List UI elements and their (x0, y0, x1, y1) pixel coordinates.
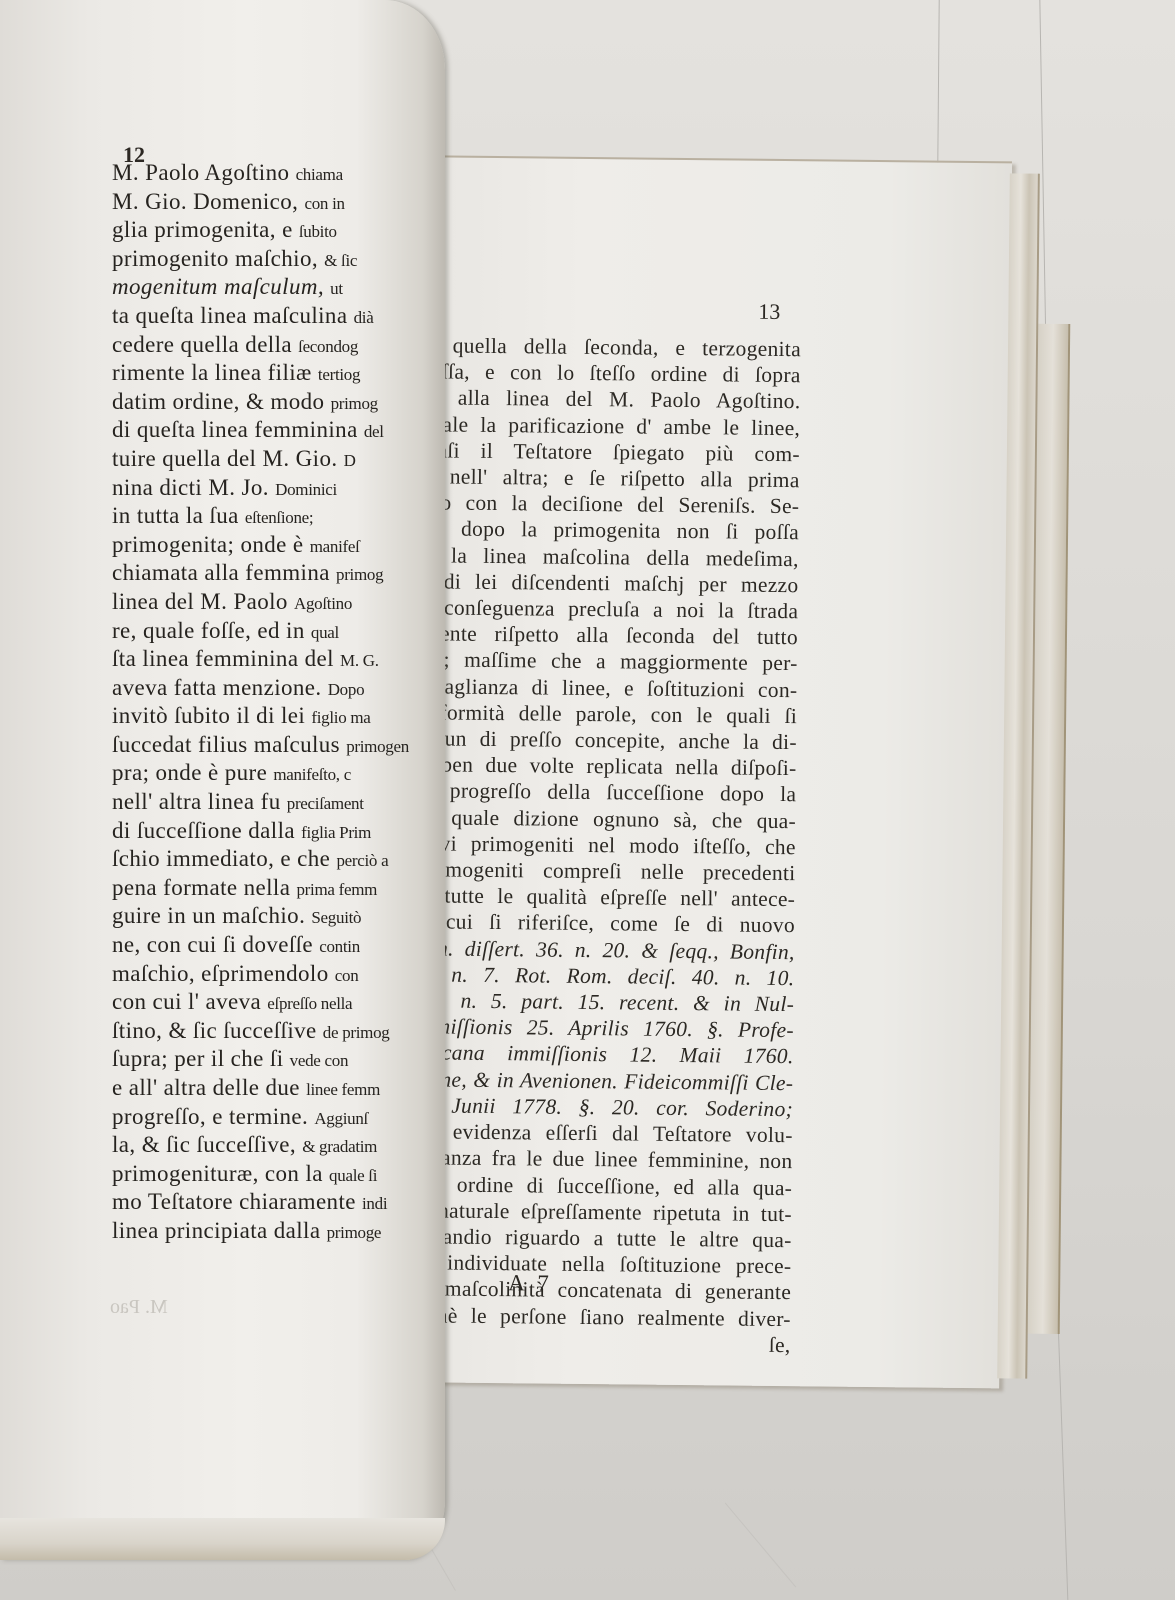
text-line-main: rimente la linea filiæ (112, 360, 318, 385)
text-line: nell' altra linea fu preciſament (112, 789, 432, 818)
text-line: Lucana immiſſionis 12. Maii 1760. (418, 1040, 793, 1070)
text-line-tail: D (344, 451, 356, 470)
text-line-main: ta queſta linea maſculina (112, 303, 354, 328)
text-line-tail: primoge (327, 1223, 382, 1242)
text-line-main: ſchio immediato, e che (112, 846, 336, 871)
text-line-tail: chiama (296, 165, 343, 184)
text-line: ian. diſſert. 36. n. 20. & ſeqq., Bonfin… (420, 935, 795, 965)
text-line-main: progreſſo, e termine. (112, 1104, 314, 1129)
text-line-tail: Aggiunſ (314, 1109, 368, 1128)
text-line-main: ſuccedat filius maſculus (112, 732, 346, 757)
text-line: all' ordine di ſucceſſione, ed alla qua- (417, 1171, 792, 1201)
text-line-tail: primog (336, 565, 383, 584)
text-line-main: pena formate nella (112, 875, 296, 900)
text-line: erale la parificazione d' ambe le linee, (425, 411, 800, 441)
bleed-through-text: M. Pao (110, 1296, 168, 1319)
text-line: rimente la linea filiæ tertiog (112, 360, 432, 389)
text-line: pena formate nella prima femm (112, 875, 432, 904)
text-line-main: mogenitum maſculum, (112, 274, 330, 299)
text-line-main: primogenituræ, con la (112, 1161, 329, 1186)
text-line: ſupra; per il che ſi vede con (112, 1046, 432, 1075)
text-line: tuire quella del M. Gio. D (112, 446, 432, 475)
text-line: linea del M. Paolo Agoſtino (112, 589, 432, 618)
text-line-tail: Dopo (328, 680, 365, 699)
text-line: glia primogenita, e ſubito (112, 217, 432, 246)
text-line: il progreſſo della ſucceſſione dopo la (421, 778, 796, 808)
text-line: 5. Junii 1778. §. 20. cor. Soderino; (418, 1092, 793, 1122)
text-line-tail: primogen (346, 737, 409, 756)
text-line-main: guire in un maſchio. (112, 903, 311, 928)
text-line: n la linea maſcolina della medeſima, (424, 542, 799, 572)
text-line: M. Gio. Domenico, con in (112, 189, 432, 218)
text-line-tail: de primog (323, 1023, 390, 1042)
text-line-tail: perciò a (336, 851, 388, 870)
text-line: in tutta la ſua eſtenſione; (112, 503, 432, 532)
text-line-tail: figlia Prim (301, 823, 371, 842)
text-line: la maſcolinità concatenata di generante (416, 1276, 791, 1306)
text-line-tail: eſpreſſo nella (267, 994, 352, 1013)
text-line-main: ſupra; per il che ſi (112, 1046, 290, 1071)
text-line: nchè le perſone ſiano realmente diver- (416, 1302, 791, 1332)
text-line-main: linea principiata dalla (112, 1218, 327, 1243)
text-line: ad evidenza eſſerſi dal Teſtatore volu- (418, 1118, 793, 1148)
text-line: ato con la deciſione del Sereniſs. Se- (424, 489, 799, 519)
text-line: mente riſpetto alla ſeconda del tutto (423, 621, 798, 651)
right-page: 13 a quella della ſeconda, e terzogenita… (387, 155, 1012, 1388)
text-line-tail: ſubito (299, 222, 337, 241)
text-line-tail: ſecondog (298, 337, 358, 356)
left-page-text: M. Paolo Agoſtino chiamaM. Gio. Domenico… (112, 160, 432, 1247)
text-line-main: aveva fatta menzione. (112, 675, 328, 700)
left-page-bottom-edge (0, 1518, 445, 1560)
text-line: ſchio immediato, e che perciò a (112, 846, 432, 875)
text-line: te individuate nella ſoſtituzione prece- (416, 1249, 791, 1279)
text-line: ta queſta linea maſculina dià (112, 303, 432, 332)
text-line-main: ne, con cui ſi doveſſe (112, 932, 319, 957)
text-line-main: con cui l' aveva (112, 989, 267, 1014)
text-line: ne dopo la primogenita non ſi poſſa (424, 516, 799, 546)
text-line: 4. n. 7. Rot. Rom. deciſ. 40. n. 10. (419, 961, 794, 991)
text-line-main: cedere quella della (112, 332, 298, 357)
text-line: ſuccedat filius maſculus primogen (112, 732, 432, 761)
text-line: primogenituræ, con la quale ſi (112, 1161, 432, 1190)
text-line-main: M. Gio. Domenico, (112, 189, 304, 214)
surface-line (725, 1503, 796, 1588)
text-line: pane, & in Avenionen. Fideicommiſſi Cle- (418, 1066, 793, 1096)
text-line: e naturale eſpreſſamente ripetuta in tut… (417, 1197, 792, 1227)
text-line-main: nell' altra linea fu (112, 789, 287, 814)
text-line: 22. n. 5. part. 15. recent. & in Nul- (419, 987, 794, 1017)
text-line-main: maſchio, eſprimendolo (112, 961, 335, 986)
text-line-tail: con in (304, 194, 344, 213)
text-line: mo Teſtatore chiaramente indi (112, 1189, 432, 1218)
text-line-tail: vede con (290, 1051, 349, 1070)
text-line: di queſta linea femminina del (112, 417, 432, 446)
text-line-main: nina dicti M. Jo. (112, 475, 275, 500)
text-line: e all' altra delle due linee femm (112, 1075, 432, 1104)
text-line-main: primogenita; onde è (112, 532, 310, 557)
text-line: la quale dizione ognuno sà, che qua- (421, 804, 796, 834)
text-line-tail: Dominici (275, 480, 337, 499)
signature-mark: A 7 (508, 1270, 553, 1296)
text-line: guaglianza di linee, e ſoſtituzioni con- (422, 673, 797, 703)
text-line: pra; onde è pure manifeſto, c (112, 760, 432, 789)
text-line: datim ordine, & modo primog (112, 389, 432, 418)
text-line: ſiaſi il Teſtatore ſpiegato più com- (425, 437, 800, 467)
text-line: la, & ſic ſucceſſive, & gradatim (112, 1132, 432, 1161)
text-line: chiamata alla femmina primog (112, 560, 432, 589)
text-line-tail: Seguitò (311, 908, 361, 927)
text-line: ſſivi primogeniti nel modo iſteſſo, che (421, 830, 796, 860)
text-line: r conſeguenza precluſa a noi la ſtrada (423, 594, 798, 624)
text-line-main: ſta linea femminina del (112, 646, 340, 671)
text-line-tail: qual (311, 623, 339, 642)
text-line-tail: contin (319, 937, 360, 956)
text-line: te alla linea del M. Paolo Agoſtino. (425, 385, 800, 415)
surface-line (937, 0, 939, 165)
text-line: M. Paolo Agoſtino chiama (112, 160, 432, 189)
text-line: glianza fra le due linee femminine, non (417, 1145, 792, 1175)
text-line-tail: manifeſto, c (273, 765, 351, 784)
text-line: a cui ſi riferiſce, come ſe di nuovo (420, 909, 795, 939)
text-line: linea principiata dalla primoge (112, 1218, 432, 1247)
text-line: r ben due volte replicata nella diſpoſi- (421, 752, 796, 782)
text-line: maſchio, eſprimendolo con (112, 961, 432, 990)
text-line-main: tuire quella del M. Gio. (112, 446, 344, 471)
text-line-main: primogenito maſchio, (112, 246, 324, 271)
text-line-main: la, & ſic ſucceſſive, (112, 1132, 302, 1157)
text-line-main: M. Paolo Agoſtino (112, 160, 296, 185)
text-line: na; maſſime che a maggiormente per- (423, 647, 798, 677)
text-line-main: glia primogenita, e (112, 217, 299, 242)
text-line-main: invitò ſubito il di lei (112, 703, 311, 728)
text-line-tail: preciſament (287, 794, 364, 813)
text-line-tail: indi (362, 1194, 387, 1213)
text-line: di ſucceſſione dalla figlia Prim (112, 818, 432, 847)
text-line: teſſa, e con lo ſteſſo ordine di ſopra (426, 358, 801, 388)
left-page-curled: 12 M. Paolo Agoſtino chiamaM. Gio. Domen… (0, 0, 445, 1560)
text-line-tail: del (364, 422, 384, 441)
text-line-tail: & ſic (324, 251, 357, 270)
text-line-main: datim ordine, & modo (112, 389, 331, 414)
text-line-tail: figlio ma (311, 708, 370, 727)
text-line-tail: con (335, 966, 359, 985)
text-line-tail: prima femm (296, 880, 377, 899)
text-line: ſta linea femminina del M. G. (112, 646, 432, 675)
text-line-main: re, quale foſſe, ed in (112, 618, 311, 643)
text-line-tail: manifeſ (310, 537, 360, 556)
text-line: invitò ſubito il di lei figlio ma (112, 703, 432, 732)
text-line-tail: tertiog (318, 365, 360, 384)
text-line: ſtino, & ſic ſucceſſive de primog (112, 1018, 432, 1047)
text-line: o tutte le qualità eſpreſſe nell' antece… (420, 883, 795, 913)
text-line: mmiſſionis 25. Aprilis 1760. §. Profe- (419, 1014, 794, 1044)
text-line: ſe, (415, 1328, 790, 1358)
text-line: primogenito maſchio, & ſic (112, 246, 432, 275)
text-line-tail: & gradatim (302, 1137, 377, 1156)
text-line: mogenitum maſculum, ut (112, 274, 432, 303)
text-line-main: in tutta la ſua (112, 503, 245, 528)
text-line-tail: ut (330, 279, 343, 298)
text-line: ne, con cui ſi doveſſe contin (112, 932, 432, 961)
text-line: primogeniti compreſi nelle precedenti (420, 856, 795, 886)
text-line-main: linea del M. Paolo (112, 589, 294, 614)
text-line-tail: linee femm (306, 1080, 380, 1099)
right-page-text: a quella della ſeconda, e terzogenitateſ… (415, 332, 801, 1358)
text-line: re, quale foſſe, ed in qual (112, 618, 432, 647)
text-line: a un di preſſo concepite, anche la di- (422, 725, 797, 755)
text-line-tail: dià (354, 308, 374, 327)
text-line-main: mo Teſtatore chiaramente (112, 1189, 362, 1214)
text-line: cedere quella della ſecondog (112, 332, 432, 361)
text-line-main: di queſta linea femminina (112, 417, 364, 442)
page-number-right: 13 (758, 299, 780, 325)
text-line-main: di ſucceſſione dalla (112, 818, 301, 843)
text-line: con cui l' aveva eſpreſſo nella (112, 989, 432, 1018)
text-line: e nell' altra; e ſe riſpetto alla prima (424, 463, 799, 493)
text-line: guire in un maſchio. Seguitò (112, 903, 432, 932)
text-line: a quella della ſeconda, e terzogenita (426, 332, 801, 362)
text-line: niformità delle parole, con le quali ſi (422, 699, 797, 729)
text-line-tail: M. G. (340, 651, 379, 670)
text-line-main: ſtino, & ſic ſucceſſive (112, 1018, 323, 1043)
text-line-main: pra; onde è pure (112, 760, 273, 785)
text-line-tail: Agoſtino (294, 594, 352, 613)
text-line-tail: primog (331, 394, 378, 413)
text-line: progreſſo, e termine. Aggiunſ (112, 1104, 432, 1133)
text-line-main: chiamata alla femmina (112, 560, 336, 585)
text-line: i di lei diſcendenti maſchj per mezzo (423, 568, 798, 598)
text-line-tail: quale ſi (329, 1166, 377, 1185)
text-line: primogenita; onde è manifeſ (112, 532, 432, 561)
text-line-main: e all' altra delle due (112, 1075, 306, 1100)
text-line: eziandio riguardo a tutte le altre qua- (417, 1223, 792, 1253)
text-line: nina dicti M. Jo. Dominici (112, 475, 432, 504)
text-line-tail: eſtenſione; (245, 508, 313, 527)
text-line: aveva fatta menzione. Dopo (112, 675, 432, 704)
